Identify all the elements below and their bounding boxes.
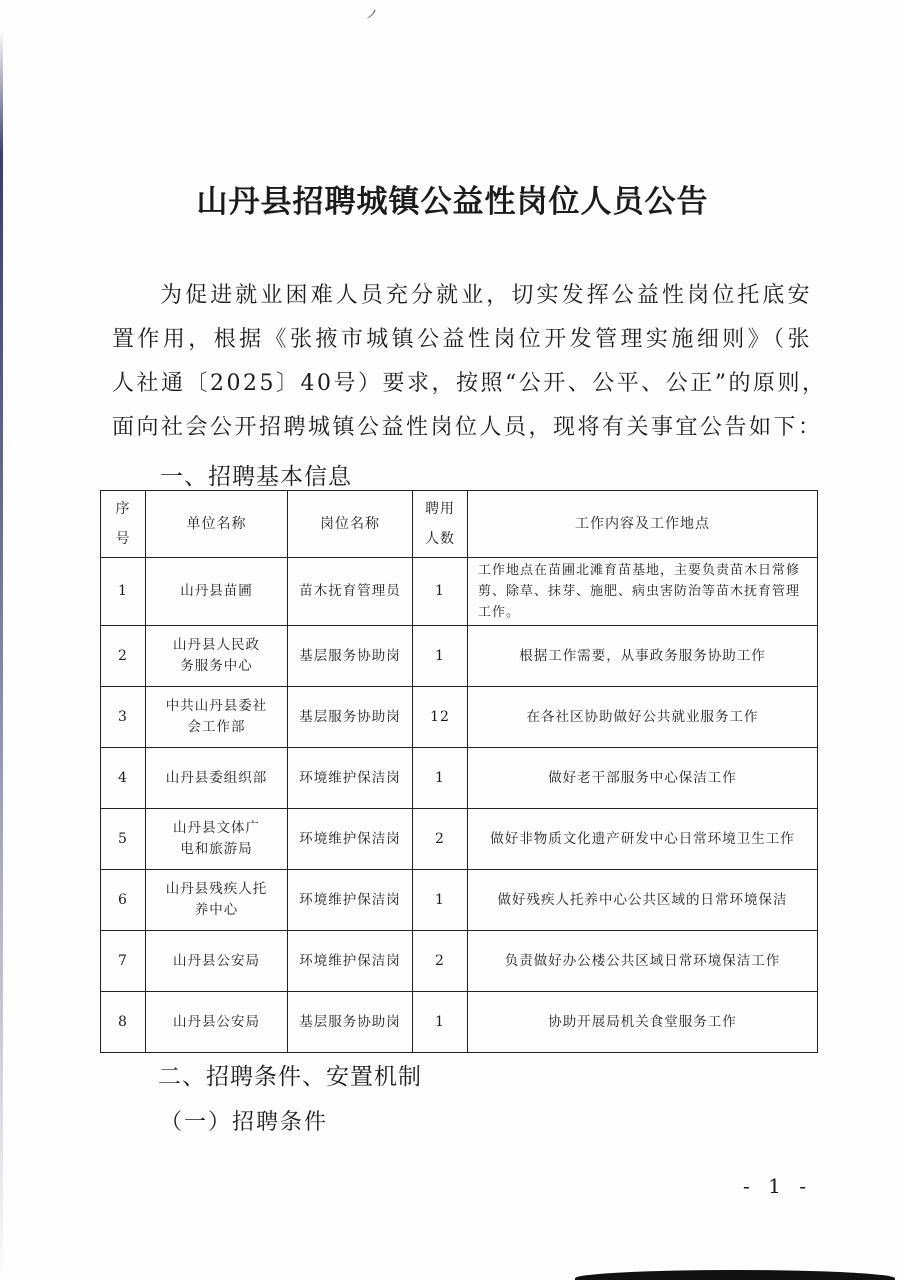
row-index: 2 (101, 626, 146, 687)
row-content: 根据工作需要，从事政务服务协助工作 (468, 626, 818, 687)
section-heading-conditions: 二、招聘条件、安置机制 (158, 1058, 422, 1091)
row-index: 8 (101, 992, 146, 1053)
row-content: 协助开展局机关食堂服务工作 (468, 992, 818, 1053)
row-unit: 山丹县公安局 (146, 931, 288, 992)
row-count: 1 (413, 748, 468, 809)
row-count: 2 (413, 931, 468, 992)
row-count: 12 (413, 687, 468, 748)
row-index: 5 (101, 809, 146, 870)
row-unit: 山丹县残疾人托养中心 (146, 870, 288, 931)
row-index: 7 (101, 931, 146, 992)
row-position: 环境维护保洁岗 (288, 748, 413, 809)
row-index: 3 (101, 687, 146, 748)
row-index: 6 (101, 870, 146, 931)
table-row: 4 山丹县委组织部 环境维护保洁岗 1 做好老干部服务中心保洁工作 (101, 748, 818, 809)
subsection-heading-conditions: （一）招聘条件 (160, 1105, 328, 1136)
scan-bottom-shadow (575, 1270, 895, 1280)
table-row: 5 山丹县文体广电和旅游局 环境维护保洁岗 2 做好非物质文化遗产研发中心日常环… (101, 809, 818, 870)
header-position: 岗位名称 (288, 491, 413, 558)
recruitment-table: 序号 单位名称 岗位名称 聘用人数 工作内容及工作地点 1 山丹县苗圃 苗木抚育… (100, 490, 818, 1053)
row-position: 环境维护保洁岗 (288, 931, 413, 992)
row-position: 环境维护保洁岗 (288, 870, 413, 931)
table-row: 8 山丹县公安局 基层服务协助岗 1 协助开展局机关食堂服务工作 (101, 992, 818, 1053)
intro-line-2: 置作用，根据《张掖市城镇公益性岗位开发管理实施细则》（张 (112, 318, 812, 362)
header-count: 聘用人数 (413, 491, 468, 558)
table-row: 7 山丹县公安局 环境维护保洁岗 2 负责做好办公楼公共区域日常环境保洁工作 (101, 931, 818, 992)
header-unit: 单位名称 (146, 491, 288, 558)
intro-line-4: 面向社会公开招聘城镇公益性岗位人员，现将有关事宜公告如下： (112, 406, 812, 450)
row-unit: 山丹县公安局 (146, 992, 288, 1053)
row-content: 做好非物质文化遗产研发中心日常环境卫生工作 (468, 809, 818, 870)
row-content: 负责做好办公楼公共区域日常环境保洁工作 (468, 931, 818, 992)
row-unit: 中共山丹县委社会工作部 (146, 687, 288, 748)
row-position: 基层服务协助岗 (288, 687, 413, 748)
section-heading-basic-info: 一、招聘基本信息 (160, 458, 352, 491)
row-position: 苗木抚育管理员 (288, 558, 413, 626)
table-row: 6 山丹县残疾人托养中心 环境维护保洁岗 1 做好残疾人托养中心公共区域的日常环… (101, 870, 818, 931)
row-content: 做好老干部服务中心保洁工作 (468, 748, 818, 809)
row-content: 工作地点在苗圃北滩育苗基地，主要负责苗木日常修剪、除草、抹芽、施肥、病虫害防治等… (468, 558, 818, 626)
row-position: 环境维护保洁岗 (288, 809, 413, 870)
header-content: 工作内容及工作地点 (468, 491, 818, 558)
row-count: 1 (413, 558, 468, 626)
row-index: 1 (101, 558, 146, 626)
row-count: 2 (413, 809, 468, 870)
row-unit: 山丹县人民政务服务中心 (146, 626, 288, 687)
page-number: - 1 - (743, 1174, 812, 1198)
row-unit: 山丹县委组织部 (146, 748, 288, 809)
table-row: 1 山丹县苗圃 苗木抚育管理员 1 工作地点在苗圃北滩育苗基地，主要负责苗木日常… (101, 558, 818, 626)
scan-mark: ﾉ (365, 4, 378, 27)
row-count: 1 (413, 870, 468, 931)
row-unit: 山丹县苗圃 (146, 558, 288, 626)
intro-line-1: 为促进就业困难人员充分就业，切实发挥公益性岗位托底安 (112, 274, 812, 318)
row-position: 基层服务协助岗 (288, 626, 413, 687)
table-row: 3 中共山丹县委社会工作部 基层服务协助岗 12 在各社区协助做好公共就业服务工… (101, 687, 818, 748)
row-count: 1 (413, 626, 468, 687)
table-header-row: 序号 单位名称 岗位名称 聘用人数 工作内容及工作地点 (101, 491, 818, 558)
row-count: 1 (413, 992, 468, 1053)
header-index: 序号 (101, 491, 146, 558)
document-title: 山丹县招聘城镇公益性岗位人员公告 (0, 176, 905, 221)
row-index: 4 (101, 748, 146, 809)
row-content: 在各社区协助做好公共就业服务工作 (468, 687, 818, 748)
row-content: 做好残疾人托养中心公共区域的日常环境保洁 (468, 870, 818, 931)
intro-paragraph: 为促进就业困难人员充分就业，切实发挥公益性岗位托底安 置作用，根据《张掖市城镇公… (112, 274, 812, 450)
table-row: 2 山丹县人民政务服务中心 基层服务协助岗 1 根据工作需要，从事政务服务协助工… (101, 626, 818, 687)
intro-line-3: 人社通〔2025〕40号）要求，按照“公开、公平、公正”的原则， (112, 362, 812, 406)
row-position: 基层服务协助岗 (288, 992, 413, 1053)
row-unit: 山丹县文体广电和旅游局 (146, 809, 288, 870)
